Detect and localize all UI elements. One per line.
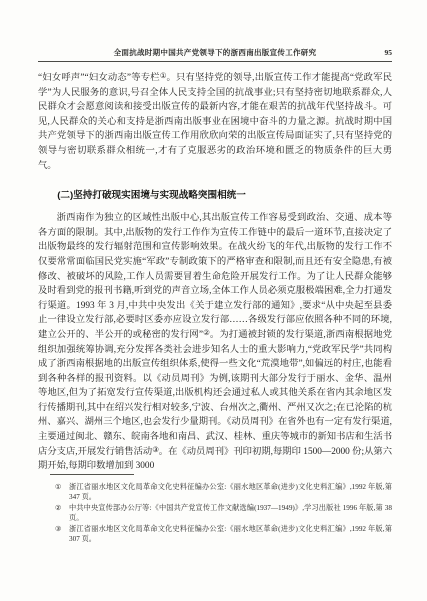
book-page: 全面抗战时期中国共产党领导下的浙西南出版宣传工作研究 95 “妇女呼声”“妇女动… — [0, 0, 427, 601]
section-heading: (二)坚持打破现实困境与实现战略突围相统一 — [38, 190, 392, 202]
running-head-title: 全面抗战时期中国共产党领导下的浙西南出版宣传工作研究 — [38, 48, 392, 57]
paragraph-2: 浙西南作为独立的区域性出版中心,其出版宣传工作容易受到政治、交通、成本等各方面的… — [38, 211, 392, 474]
footnote-item: ② 中共中央宣传部办公厅等:《中国共产党宣传工作文献选编(1937—1949)》… — [55, 503, 392, 523]
page-number: 95 — [385, 48, 393, 57]
paragraph-1-text: 。只有坚持党的领导,出版宣传工作才能提高“党政军民学”为人民服务的意识,号召全体… — [38, 73, 392, 171]
footnote-text: 浙江省丽水地区文化局革命文化史料征编办公室:《丽水地区革命(进步)文化史料汇编》… — [69, 482, 392, 502]
footnote-marker: ① — [55, 482, 69, 502]
footnote-item: ③ 浙江省丽水地区文化局革命文化史料征编办公室:《丽水地区革命(进步)文化史料汇… — [55, 524, 392, 544]
footnotes-section: ① 浙江省丽水地区文化局革命文化史料征编办公室:《丽水地区革命(进步)文化史料汇… — [50, 474, 392, 545]
footnote-ref-2: ② — [203, 329, 210, 337]
footnote-text: 中共中央宣传部办公厅等:《中国共产党宣传工作文献选编(1937—1949)》,学… — [69, 503, 392, 523]
footnote-item: ① 浙江省丽水地区文化局革命文化史料征编办公室:《丽水地区革命(进步)文化史料汇… — [55, 482, 392, 502]
paragraph-2-text: 。为打通被封锁的发行渠道,浙西南根据地党组织加强统筹协调,充分发挥各类社会进步知… — [38, 330, 392, 457]
footnote-text: 浙江省丽水地区文化局革命文化史料征编办公室:《丽水地区革命(进步)文化史料汇编》… — [69, 524, 392, 544]
running-head: 全面抗战时期中国共产党领导下的浙西南出版宣传工作研究 95 — [38, 48, 392, 57]
footnote-marker: ③ — [55, 524, 69, 544]
paragraph-1-text: “妇女呼声”“妇女动态”等专栏 — [38, 73, 160, 83]
paragraph-2-text: 浙西南作为独立的区域性出版中心,其出版宣传工作容易受到政治、交通、成本等各方面的… — [38, 213, 392, 340]
header-rule — [38, 61, 392, 62]
body-text: “妇女呼声”“妇女动态”等专栏①。只有坚持党的领导,出版宣传工作才能提高“党政军… — [38, 71, 392, 474]
paragraph-1: “妇女呼声”“妇女动态”等专栏①。只有坚持党的领导,出版宣传工作才能提高“党政军… — [38, 71, 392, 173]
footnote-rule — [50, 474, 134, 475]
footnote-marker: ② — [55, 503, 69, 523]
footnote-ref-1: ① — [160, 72, 167, 80]
